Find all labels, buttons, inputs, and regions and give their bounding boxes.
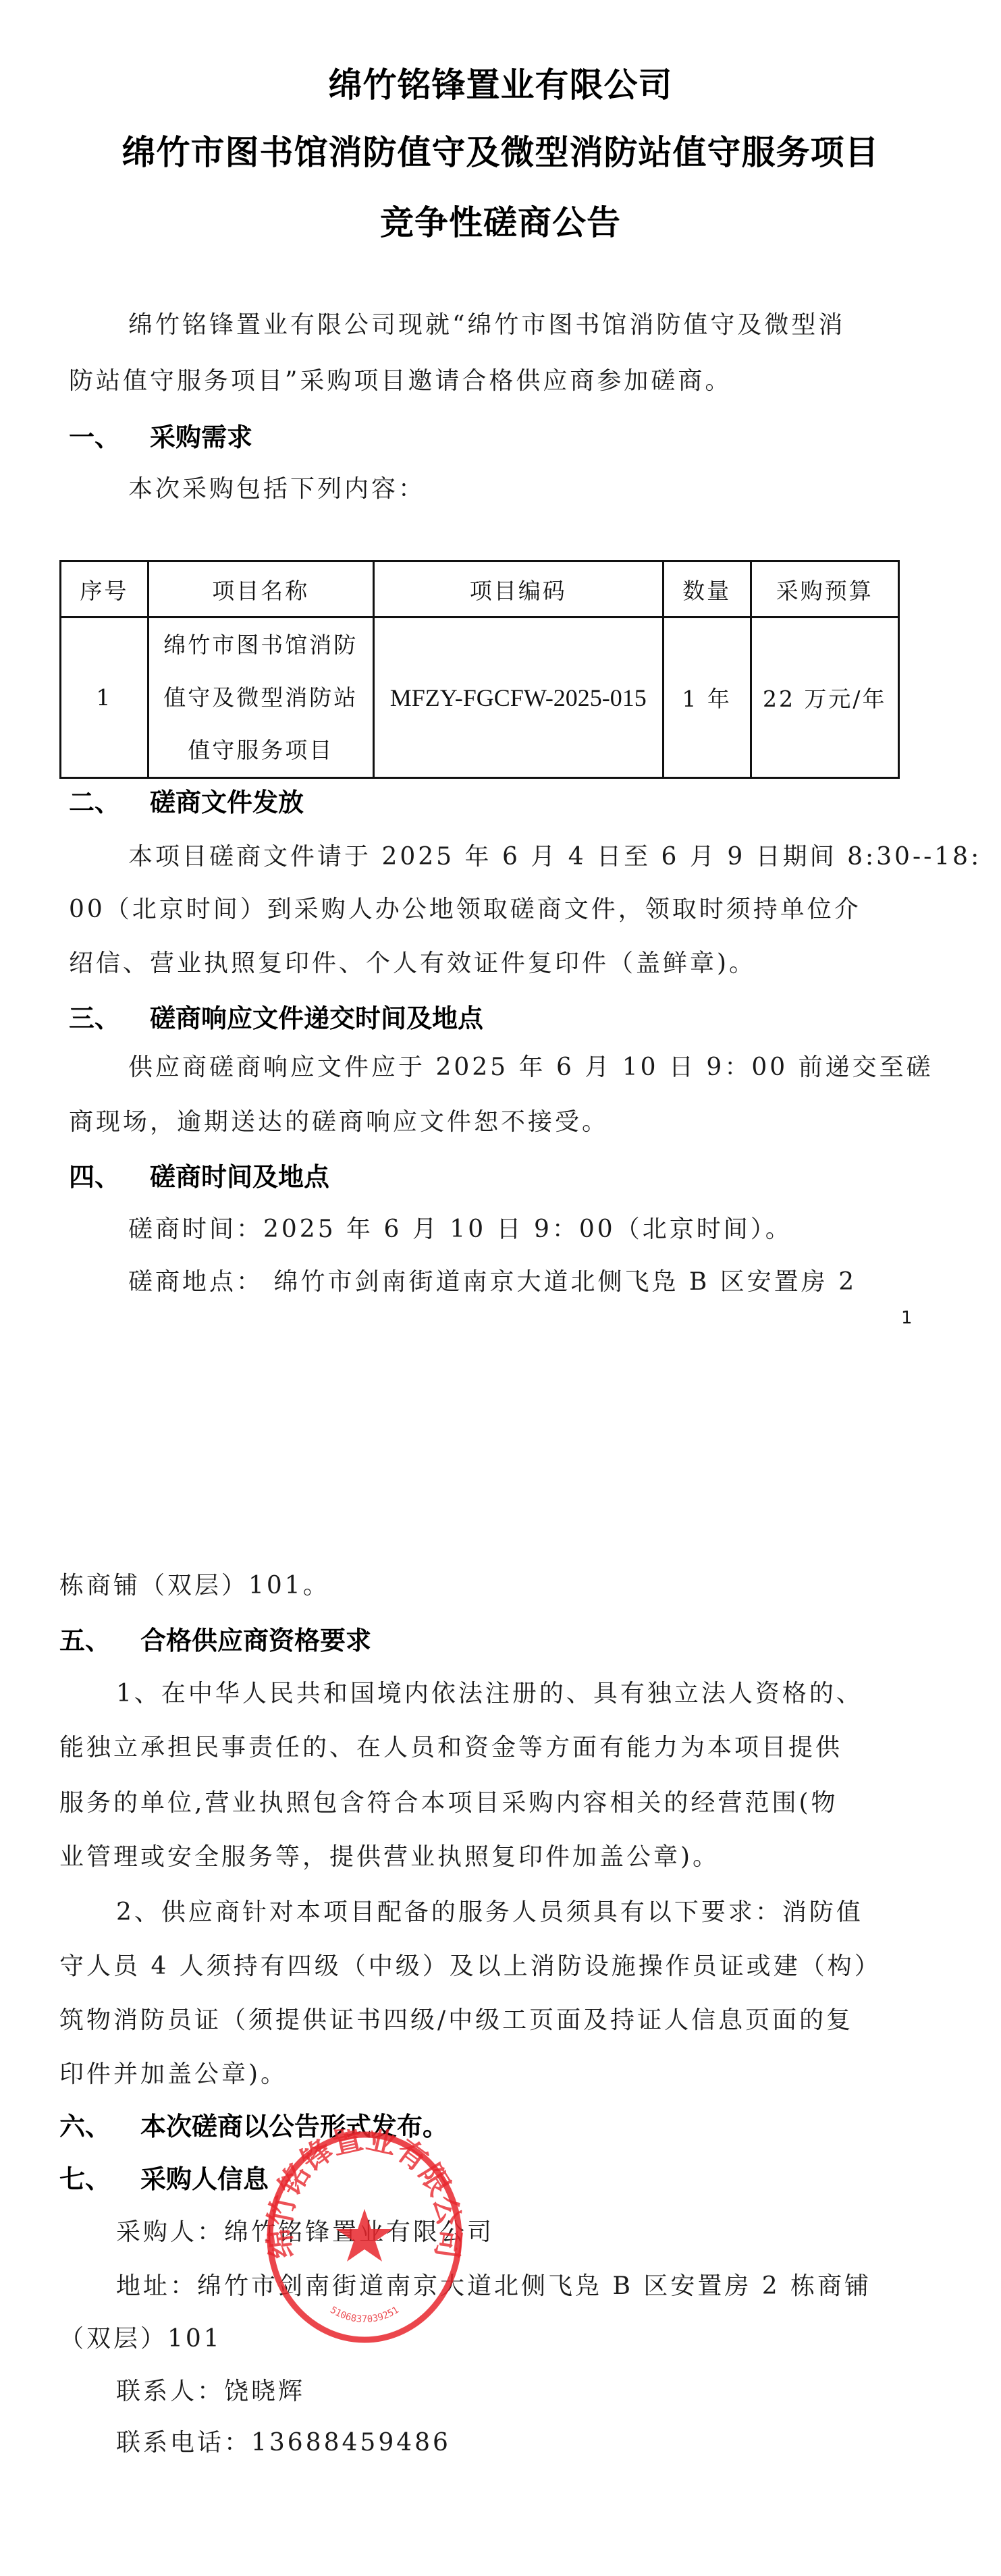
header-budget: 采购预算 [751,561,898,618]
header-name: 项目名称 [148,561,373,618]
section-3-line-2: 商现场，逾期送达的磋商响应文件恕不接受。 [69,1109,609,1136]
section-number: 一、 [69,423,150,451]
section-3-heading: 三、磋商响应文件递交时间及地点 [69,1004,483,1033]
intro-line-1: 绵竹铭锋置业有限公司现就“绵竹市图书馆消防值守及微型消 [128,312,845,339]
section-title: 采购人信息 [140,2164,269,2194]
project-title: 绵竹市图书馆消防值守及微型消防站值守服务项目 [0,126,1001,174]
contact-person: 联系人：饶晓辉 [116,2378,305,2405]
svg-text:5106837039251: 5106837039251 [328,2305,401,2325]
cell-name: 绵竹市图书馆消防 值守及微型消防站 值守服务项目 [148,618,373,778]
purchaser-address-line-1: 地址：绵竹市剑南街道南京大道北侧飞凫 B 区安置房 2 栋商铺 [116,2273,871,2300]
cell-name-line: 绵竹市图书馆消防 [149,619,373,672]
section-7-heading: 七、采购人信息 [59,2165,269,2193]
section-number: 四、 [69,1163,150,1191]
cell-budget: 22 万元/年 [751,618,898,778]
section-number: 五、 [59,1626,140,1655]
negotiation-time: 磋商时间：2025 年 6 月 10 日 9：00（北京时间）。 [128,1216,792,1243]
header-quantity: 数量 [663,561,751,618]
intro-line-2: 防站值守服务项目”采购项目邀请合格供应商参加磋商。 [69,368,732,395]
procurement-table: 序号 项目名称 项目编码 数量 采购预算 1 绵竹市图书馆消防 值守及微型消防站… [59,560,900,779]
section-title: 磋商文件发放 [150,788,304,817]
section-2-line-3: 绍信、营业执照复印件、个人有效证件复印件（盖鲜章)。 [69,950,756,977]
section-number: 六、 [59,2112,140,2141]
negotiation-place-line-2: 栋商铺（双层）101。 [59,1572,330,1599]
requirement-2-line-1: 2、供应商针对本项目配备的服务人员须具有以下要求：消防值 [116,1899,863,1926]
requirement-1-line-2: 能独立承担民事责任的、在人员和资金等方面有能力为本项目提供 [59,1734,842,1761]
section-2-line-2: 00（北京时间）到采购人办公地领取磋商文件，领取时须持单位介 [69,896,861,923]
cell-index: 1 [61,618,148,778]
section-title: 磋商响应文件递交时间及地点 [150,1004,483,1033]
contact-phone: 联系电话：13688459486 [116,2430,451,2457]
section-5-heading: 五、合格供应商资格要求 [59,1626,371,1655]
page-number: 1 [901,1308,913,1328]
cell-name-line: 值守服务项目 [149,724,373,777]
section-3-line-1: 供应商磋商响应文件应于 2025 年 6 月 10 日 9：00 前递交至磋 [128,1054,934,1081]
table-row: 1 绵竹市图书馆消防 值守及微型消防站 值守服务项目 MFZY-FGCFW-20… [61,618,899,778]
company-seal-icon: 绵竹铭锋置业有限公司 5106837039251 [263,2129,466,2345]
section-4-heading: 四、磋商时间及地点 [69,1163,329,1191]
company-title: 绵竹铭锋置业有限公司 [0,58,1001,107]
section-title: 磋商时间及地点 [150,1162,329,1192]
requirement-1-line-3: 服务的单位,营业执照包含符合本项目采购内容相关的经营范围(物 [59,1790,838,1817]
requirement-2-line-4: 印件并加盖公章)。 [59,2061,288,2088]
section-title: 采购需求 [150,422,252,452]
section-1-text: 本次采购包括下列内容： [128,476,425,503]
seal-code: 5106837039251 [328,2305,401,2325]
purchaser-address-line-2: （双层）101 [59,2326,222,2353]
requirement-2-line-3: 筑物消防员证（须提供证书四级/中级工页面及持证人信息页面的复 [59,2007,853,2034]
requirement-2-line-2: 守人员 4 人须持有四级（中级）及以上消防设施操作员证或建（构） [59,1953,882,1980]
section-2-line-1: 本项目磋商文件请于 2025 年 6 月 4 日至 6 月 9 日期间 8:30… [128,844,981,871]
cell-code: MFZY-FGCFW-2025-015 [373,618,663,778]
cell-quantity: 1 年 [663,618,751,778]
cell-name-line: 值守及微型消防站 [149,672,373,724]
section-number: 三、 [69,1004,150,1033]
header-code: 项目编码 [373,561,663,618]
requirement-1-line-4: 业管理或安全服务等，提供营业执照复印件加盖公章)。 [59,1844,720,1871]
section-2-heading: 二、磋商文件发放 [69,788,304,817]
negotiation-place-line-1: 磋商地点： 绵竹市剑南街道南京大道北侧飞凫 B 区安置房 2 [128,1269,857,1296]
section-title: 合格供应商资格要求 [140,1626,371,1655]
table-header-row: 序号 项目名称 项目编码 数量 采购预算 [61,561,899,618]
section-number: 二、 [69,788,150,817]
document-type-title: 竞争性磋商公告 [0,196,1001,244]
header-index: 序号 [61,561,148,618]
section-1-heading: 一、采购需求 [69,423,252,451]
section-number: 七、 [59,2165,140,2193]
requirement-1-line-1: 1、在中华人民共和国境内依法注册的、具有独立法人资格的、 [116,1680,863,1707]
